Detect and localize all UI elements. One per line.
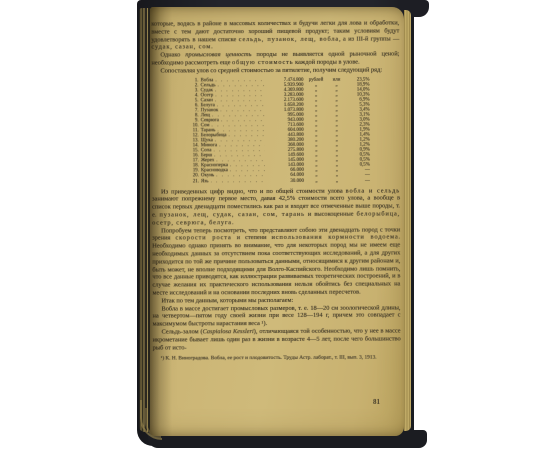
unit-rubles: „ [304,178,329,183]
dot-leaders: . . . . . . . . . . . . . . . . . . . . … [210,179,265,184]
text-segment: пузанок, лещ, судак, сазан, сом, тарань [159,211,304,219]
text-segment: . [211,44,213,51]
catch-percent: — [345,178,370,183]
text-segment: Итак по тем данным, которыми мы располаг… [161,297,293,305]
paragraph: Сельдь-залом (Caspialosa Kessleri), отли… [153,327,401,351]
text-segment: Caspialosa Kessleri [203,328,254,335]
fish-row: 21.Язь. . . . . . . . . . . . . . . . . … [188,178,370,184]
catch-value: 30.000 [267,178,304,183]
text-segment: . [232,219,234,226]
text-segment: вобла и сельдь [346,187,400,194]
text-segment: и высокоценные [305,211,357,218]
paragraph: Однако промысловая ценность породы не вы… [151,51,399,68]
gutter-shadow [150,7,172,436]
text-segment: Вобла в массе достигает промысловых разм… [153,304,401,328]
footnote: ¹) К. Н. Виноградова. Вобла, ее рост и п… [153,355,401,362]
fish-list: 1.Вобла. . . . . . . . . . . . . . . . .… [188,77,370,184]
row-number: 21. [188,179,201,184]
text-segment: промысловая ценность [185,51,251,58]
gutter-page-edges [139,8,150,432]
paragraph: Попробуем теперь посмотреть, что предста… [152,226,400,297]
text-segment: общую стоимость [232,59,293,66]
text-segment: каждой породы в улове. [293,59,359,66]
fore-edge [404,10,411,431]
book-photo: которые, водясь в районе в массовых коли… [0,0,550,450]
page-text: которые, водясь в районе в массовых коли… [151,19,400,362]
page-number: 81 [340,398,380,406]
text-segment: , а из III-й группы — [339,35,399,42]
paragraphs-bottom: Из приведенных цифр видно, что и по обще… [152,187,401,352]
text-segment: и степени [232,234,272,241]
unit-or: „ [329,178,345,183]
fish-name: Язь [201,179,209,184]
text-segment: использования кормности водоема [272,234,399,242]
paragraph: Вобла в массе достигает промысловых разм… [152,304,400,328]
text-segment: скорости роста [175,235,231,242]
text-segment: сельдь, пузанок, лещ, вобла [239,35,339,42]
paragraphs-top: которые, водясь в районе в массовых коли… [151,19,399,75]
paragraph: Из приведенных цифр видно, что и по обще… [152,187,400,227]
paragraph: Сопоставляя улов со средней стоимостью з… [151,66,399,75]
text-segment: Сопоставляя улов со средней стоимостью з… [160,66,382,74]
text-segment: . Необходимо однако принять во внимание,… [152,234,400,297]
paragraph: которые, водясь в районе в массовых коли… [151,19,399,51]
